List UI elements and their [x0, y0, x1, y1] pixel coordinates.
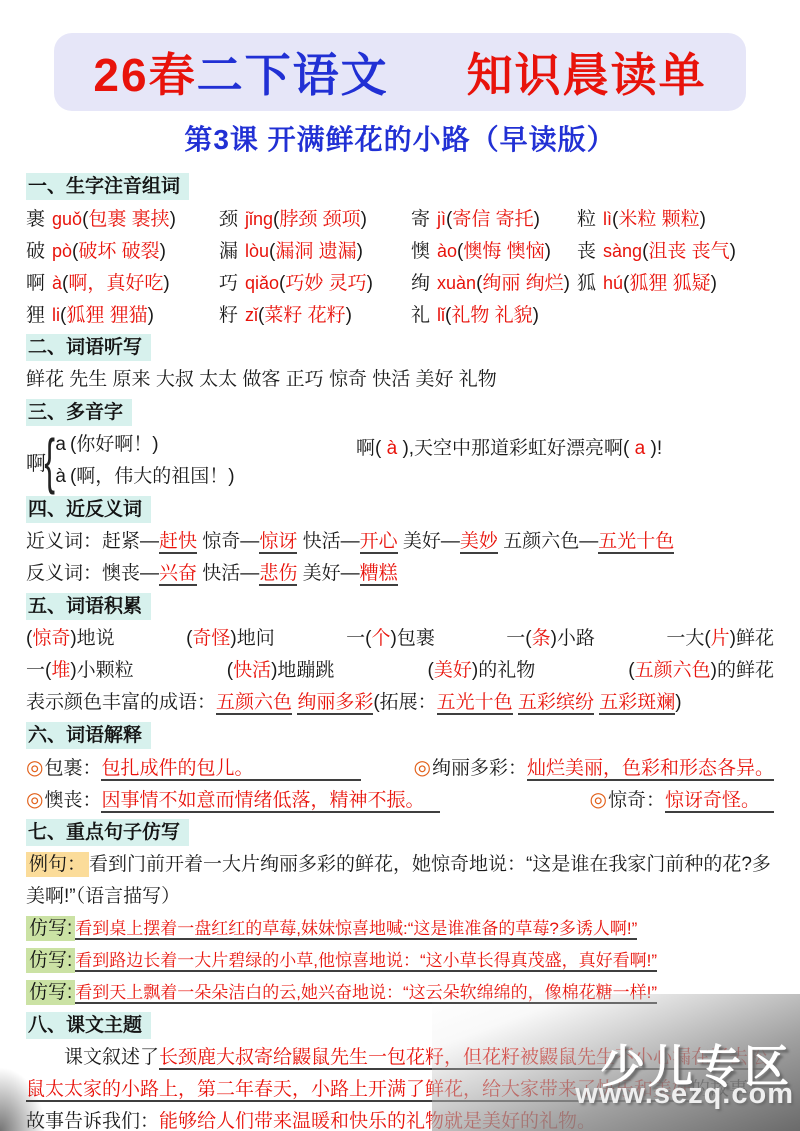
text-run: 美好	[434, 660, 472, 681]
text-run: 五颜六色	[216, 692, 292, 715]
pinyin: qiǎo	[245, 273, 279, 293]
example-words: 寄信 寄托	[452, 209, 533, 230]
text-run: ◎	[590, 789, 607, 811]
character-entry: 寄jì(寄信 寄托)	[411, 203, 577, 236]
close-paren: )	[711, 273, 717, 294]
head-character: 籽	[219, 305, 238, 326]
pinyin: hú	[603, 273, 623, 293]
text-run: 包扎成件的包儿。	[101, 758, 361, 781]
worksheet-content: 一、生字注音组词裹guǒ(包裹 裹挟)颈jǐng(脖颈 颈项)寄jì(寄信 寄托…	[0, 158, 800, 1131]
head-character: 颈	[219, 209, 238, 230]
example-words: 懊悔 懊恼	[463, 241, 544, 262]
character-row: 破pò(破坏 破裂)漏lòu(漏洞 遗漏)懊ào(懊悔 懊恼)丧sàng(沮丧 …	[26, 235, 774, 267]
text-run: ◎	[414, 757, 431, 779]
text-run: 灿烂美丽，色彩和形态各异。	[527, 758, 774, 781]
text-run: 惊讶奇怪。	[665, 790, 774, 813]
text-line: 一(堆)小颗粒(快活)地蹦跳(美好)的礼物(五颜六色)的鲜花	[26, 655, 774, 687]
text-run: 包裹：	[44, 758, 101, 779]
text-run: ◎	[26, 757, 43, 779]
section-fangxie: 七、重点句子仿写例句：看到门前开着一大片绚丽多彩的鲜花，她惊奇地说：“这是谁在我…	[26, 816, 774, 1009]
text-run: 奇怪	[192, 628, 230, 649]
polyphone-block: 啊{a(你好啊！)à(啊，伟大的祖国！)啊( à ),天空中那道彩虹好漂亮啊( …	[26, 429, 774, 493]
section-heading: 一、生字注音组词	[26, 173, 189, 200]
watermark-url-text: www.sezq.com	[575, 1078, 794, 1111]
phrase: (五颜六色)的鲜花	[628, 655, 774, 687]
text-line: ◎包裹：包扎成件的包儿。◎绚丽多彩：灿烂美丽，色彩和形态各异。	[26, 752, 774, 784]
text-run: 例句：	[26, 852, 89, 877]
text-run: 一大(	[666, 628, 710, 649]
example-words: 啊，真好吃	[68, 273, 163, 294]
text-run: 五光十色	[598, 531, 674, 554]
character-entry: 漏lòu(漏洞 遗漏)	[219, 235, 411, 268]
example-words: 包裹 裹挟	[88, 209, 169, 230]
close-paren: )	[533, 305, 539, 326]
text-run: )地问	[230, 628, 274, 649]
phrase: (惊奇)地说	[26, 623, 115, 655]
phrase: ◎惊奇：惊讶奇怪。	[590, 784, 774, 816]
section-duoyinzi: 三、多音字啊{a(你好啊！)à(啊，伟大的祖国！)啊( à ),天空中那道彩虹好…	[26, 396, 774, 493]
close-paren: )	[534, 209, 540, 230]
example-words: 沮丧 丧气	[648, 241, 729, 262]
example-words: 狐狸 狸猫	[66, 305, 147, 326]
text-run: 鲜花 先生 原来 大叔 太太 做客 正巧 惊奇 快活 美好 礼物	[26, 369, 497, 390]
section-jinfanyici: 四、近反义词近义词：赶紧—赶快 惊奇—惊讶 快活—开心 美好—美妙 五颜六色—五…	[26, 493, 774, 590]
variant-example: (啊，伟大的祖国！)	[70, 466, 235, 487]
text-run: 五颜六色	[635, 660, 711, 681]
example-words: 礼物 礼貌	[451, 305, 532, 326]
phrase: (奇怪)地问	[186, 623, 275, 655]
pinyin: guǒ	[52, 209, 82, 229]
head-character: 啊	[26, 273, 45, 294]
text-run: )地蹦跳	[271, 660, 334, 681]
polyphone-entry: 啊{a(你好啊！)à(啊，伟大的祖国！)	[26, 428, 356, 495]
close-paren: )	[545, 241, 551, 262]
example-words: 破坏 破裂	[78, 241, 159, 262]
phrase: ◎绚丽多彩：灿烂美丽，色彩和形态各异。	[414, 752, 774, 784]
text-run: 惊讶	[259, 531, 297, 554]
section-heading: 五、词语积累	[26, 593, 151, 620]
head-character: 寄	[411, 209, 430, 230]
section-heading: 三、多音字	[26, 399, 132, 426]
close-paren: )	[148, 305, 154, 326]
text-run: 课文叙述了	[64, 1047, 159, 1068]
text-line: 例句：看到门前开着一大片绚丽多彩的鲜花，她惊奇地说：“这是谁在我家门前种的花?多…	[26, 849, 774, 913]
pinyin: à	[52, 273, 62, 293]
text-run: 啊(	[356, 438, 381, 459]
head-character: 裹	[26, 209, 45, 230]
polyphone-character: 啊	[26, 447, 46, 476]
pinyin: lòu	[245, 241, 269, 261]
text-run: 糟糕	[360, 563, 398, 586]
phrase: 一(堆)小颗粒	[26, 655, 134, 687]
head-character: 绚	[411, 273, 430, 294]
text-run: (拓展：	[373, 692, 436, 713]
worksheet-page: 26春二下语文知识晨读单 第3课 开满鲜花的小路（早读版） 一、生字注音组词裹g…	[0, 0, 800, 1131]
close-paren: )	[730, 241, 736, 262]
header-title-part: 二下语文	[197, 39, 389, 105]
text-run: 赶快	[159, 531, 197, 554]
text-run: 看到门前开着一大片绚丽多彩的鲜花，她惊奇地说：“这是谁在我家门前种的花?多美啊!…	[26, 854, 771, 907]
example-words: 米粒 颗粒	[618, 209, 699, 230]
text-run: 片	[711, 628, 730, 649]
character-row: 狸li(狐狸 狸猫)籽zǐ(菜籽 花籽)礼lǐ(礼物 礼貌)	[26, 299, 774, 331]
head-character: 破	[26, 241, 45, 262]
text-run: 绚丽多彩：	[432, 758, 527, 779]
head-character: 懊	[411, 241, 430, 262]
head-character: 巧	[219, 273, 238, 294]
phrase: (快活)地蹦跳	[227, 655, 335, 687]
text-run: ◎	[26, 789, 43, 811]
close-paren: )	[163, 273, 169, 294]
text-run: 快活	[233, 660, 271, 681]
section-jilei: 五、词语积累(惊奇)地说(奇怪)地问一(个)包裹一(条)小路一大(片)鲜花一(堆…	[26, 590, 774, 719]
pinyin: zǐ	[245, 305, 258, 325]
section-tingxie: 二、词语听写鲜花 先生 原来 大叔 太太 做客 正巧 惊奇 快活 美好 礼物	[26, 331, 774, 396]
text-run: 条	[532, 628, 551, 649]
character-entry: 礼lǐ(礼物 礼貌)	[411, 299, 577, 332]
pinyin: pò	[52, 241, 72, 261]
phrase: 一(个)包裹	[346, 623, 435, 655]
text-run: 惊奇：	[608, 790, 665, 811]
text-line: ◎懊丧：因事情不如意而情绪低落，精神不振。◎惊奇：惊讶奇怪。	[26, 784, 774, 816]
brace-glyph: {	[44, 426, 55, 496]
text-run: 绚丽多彩	[297, 692, 373, 715]
text-run: )地说	[70, 628, 114, 649]
close-paren: )	[361, 209, 367, 230]
character-entry: 丧sàng(沮丧 丧气)	[577, 235, 774, 268]
variant-line: a(你好啊！)	[55, 429, 234, 461]
text-run: 仿写:	[26, 916, 75, 941]
head-character: 漏	[219, 241, 238, 262]
phrase: ◎懊丧：因事情不如意而情绪低落，精神不振。	[26, 784, 440, 816]
variant-line: à(啊，伟大的祖国！)	[55, 461, 234, 493]
section-heading-line: 二、词语听写	[26, 331, 774, 364]
text-line: 表示颜色丰富的成语：五颜六色 绚丽多彩(拓展：五光十色 五彩缤纷 五彩斑斓)	[26, 687, 774, 719]
pinyin: lǐ	[437, 305, 445, 325]
character-entry: 狸li(狐狸 狸猫)	[26, 299, 219, 332]
text-run: 一(	[346, 628, 371, 649]
pinyin: li	[52, 305, 60, 325]
head-character: 狸	[26, 305, 45, 326]
example-words: 脖颈 颈项	[279, 209, 360, 230]
text-run: 美好—	[398, 531, 460, 552]
phrase: 一大(片)鲜花	[666, 623, 774, 655]
text-run: 五彩缤纷	[518, 692, 594, 715]
text-run: 快活—	[297, 531, 359, 552]
text-run: 兴奋	[159, 563, 197, 586]
head-character: 礼	[411, 305, 430, 326]
section-heading-line: 三、多音字	[26, 396, 774, 429]
text-run: 仿写:	[26, 948, 75, 973]
character-entry: 颈jǐng(脖颈 颈项)	[219, 203, 411, 236]
text-line: 仿写:看到路边长着一大片碧绿的小草,他惊喜地说：“这小草长得真茂盛，真好看啊!”	[26, 945, 774, 977]
header-title-part: 26春	[93, 39, 196, 105]
close-paren: )	[564, 273, 570, 294]
text-run: )的鲜花	[711, 660, 774, 681]
text-line: 近义词：赶紧—赶快 惊奇—惊讶 快活—开心 美好—美妙 五颜六色—五光十色	[26, 526, 774, 558]
text-run: 看到路边长着一大片碧绿的小草,他惊喜地说：“这小草长得真茂盛，真好看啊!”	[75, 951, 657, 972]
section-heading: 二、词语听写	[26, 334, 151, 361]
character-entry: 懊ào(懊悔 懊恼)	[411, 235, 577, 268]
text-line: 仿写:看到桌上摆着一盘红红的草莓,妹妹惊喜地喊:“这是谁准备的草莓?多诱人啊!”	[26, 913, 774, 945]
text-run: 惊奇	[32, 628, 70, 649]
close-paren: )	[700, 209, 706, 230]
phrase: (美好)的礼物	[428, 655, 536, 687]
text-run: 美妙	[460, 531, 498, 554]
text-run: 反义词：懊丧—	[26, 563, 159, 584]
section-heading-line: 一、生字注音组词	[26, 170, 774, 203]
phrase: 一(条)小路	[506, 623, 595, 655]
text-line: 鲜花 先生 原来 大叔 太太 做客 正巧 惊奇 快活 美好 礼物	[26, 364, 774, 396]
pinyin: xuàn	[437, 273, 476, 293]
text-run: a	[629, 438, 650, 459]
head-character: 粒	[577, 209, 596, 230]
character-entry: 籽zǐ(菜籽 花籽)	[219, 299, 411, 332]
close-paren: )	[170, 209, 176, 230]
character-entry: 狐hú(狐狸 狐疑)	[577, 267, 774, 300]
text-run: 五光十色	[437, 692, 513, 715]
character-entry: 啊à(啊，真好吃)	[26, 267, 219, 300]
text-run: 五彩斑斓	[599, 692, 675, 715]
text-run: 快活—	[197, 563, 259, 584]
text-run: à	[381, 438, 402, 459]
text-run: ),天空中那道彩虹好漂亮啊(	[402, 438, 629, 459]
head-character: 丧	[577, 241, 596, 262]
header-title-part: 知识晨读单	[467, 39, 707, 105]
text-run: 个	[371, 628, 390, 649]
phrase: ◎包裹：包扎成件的包儿。	[26, 752, 361, 784]
text-run: )	[675, 692, 681, 713]
example-words: 绚丽 绚烂	[482, 273, 563, 294]
section-heading: 八、课文主题	[26, 1012, 151, 1039]
close-paren: )	[367, 273, 373, 294]
text-run: 因事情不如意而情绪低落，精神不振。	[101, 790, 440, 813]
example-words: 巧妙 灵巧	[285, 273, 366, 294]
text-run: 悲伤	[259, 563, 297, 586]
lesson-subtitle: 第3课 开满鲜花的小路（早读版）	[0, 118, 800, 158]
section-jieshi: 六、词语解释◎包裹：包扎成件的包儿。◎绚丽多彩：灿烂美丽，色彩和形态各异。◎懊丧…	[26, 719, 774, 816]
text-run: 一(	[26, 660, 51, 681]
pinyin: lì	[603, 209, 612, 229]
polyphone-variants: a(你好啊！)à(啊，伟大的祖国！)	[55, 429, 234, 493]
text-run: 美好—	[297, 563, 359, 584]
pinyin: ào	[437, 241, 457, 261]
text-run: 惊奇—	[197, 531, 259, 552]
text-run: 开心	[360, 531, 398, 554]
text-run: 仿写:	[26, 980, 75, 1005]
example-words: 菜籽 花籽	[264, 305, 345, 326]
text-run: 表示颜色丰富的成语：	[26, 692, 216, 713]
variant-pinyin: à	[55, 466, 66, 487]
text-run: )鲜花	[730, 628, 774, 649]
character-entry: 绚xuàn(绚丽 绚烂)	[411, 267, 577, 300]
text-line: (惊奇)地说(奇怪)地问一(个)包裹一(条)小路一大(片)鲜花	[26, 623, 774, 655]
variant-example: (你好啊！)	[70, 434, 159, 455]
text-run: 看到桌上摆着一盘红红的草莓,妹妹惊喜地喊:“这是谁准备的草莓?多诱人啊!”	[75, 919, 637, 940]
close-paren: )	[160, 241, 166, 262]
text-run: 五颜六色—	[498, 531, 598, 552]
example-words: 漏洞 遗漏	[275, 241, 356, 262]
pinyin: sàng	[603, 241, 642, 261]
text-run: 堆	[51, 660, 70, 681]
polyphone-sentence: 啊( à ),天空中那道彩虹好漂亮啊( a )!	[356, 433, 662, 460]
text-run: )小路	[551, 628, 595, 649]
variant-pinyin: a	[55, 434, 66, 455]
text-run: )小颗粒	[70, 660, 133, 681]
pinyin: jǐng	[245, 209, 273, 229]
example-words: 狐狸 狐疑	[629, 273, 710, 294]
section-heading: 六、词语解释	[26, 722, 151, 749]
page-corner-shadow	[0, 1067, 46, 1131]
character-row: 裹guǒ(包裹 裹挟)颈jǐng(脖颈 颈项)寄jì(寄信 寄托)粒lì(米粒 …	[26, 203, 774, 235]
section-heading-line: 五、词语积累	[26, 590, 774, 623]
character-entry: 粒lì(米粒 颗粒)	[577, 203, 774, 236]
text-run: )!	[651, 438, 663, 459]
character-entry: 裹guǒ(包裹 裹挟)	[26, 203, 219, 236]
section-heading: 四、近反义词	[26, 496, 151, 523]
head-character: 狐	[577, 273, 596, 294]
text-run: 近义词：赶紧—	[26, 531, 159, 552]
watermark-overlay: 少儿专区 www.sezq.com	[432, 994, 800, 1131]
section-heading: 七、重点句子仿写	[26, 819, 189, 846]
text-run: 一(	[506, 628, 531, 649]
character-entry: 巧qiǎo(巧妙 灵巧)	[219, 267, 411, 300]
text-run: )的礼物	[472, 660, 535, 681]
text-run: 懊丧：	[44, 790, 101, 811]
section-heading-line: 六、词语解释	[26, 719, 774, 752]
close-paren: )	[357, 241, 363, 262]
character-entry: 破pò(破坏 破裂)	[26, 235, 219, 268]
text-run: )包裹	[391, 628, 435, 649]
section-heading-line: 七、重点句子仿写	[26, 816, 774, 849]
page-header: 26春二下语文知识晨读单	[54, 33, 746, 111]
section-zhuyin: 一、生字注音组词裹guǒ(包裹 裹挟)颈jǐng(脖颈 颈项)寄jì(寄信 寄托…	[26, 170, 774, 331]
close-paren: )	[346, 305, 352, 326]
pinyin: jì	[437, 209, 446, 229]
character-row: 啊à(啊，真好吃)巧qiǎo(巧妙 灵巧)绚xuàn(绚丽 绚烂)狐hú(狐狸 …	[26, 267, 774, 299]
text-line: 反义词：懊丧—兴奋 快活—悲伤 美好—糟糕	[26, 558, 774, 590]
section-heading-line: 四、近反义词	[26, 493, 774, 526]
